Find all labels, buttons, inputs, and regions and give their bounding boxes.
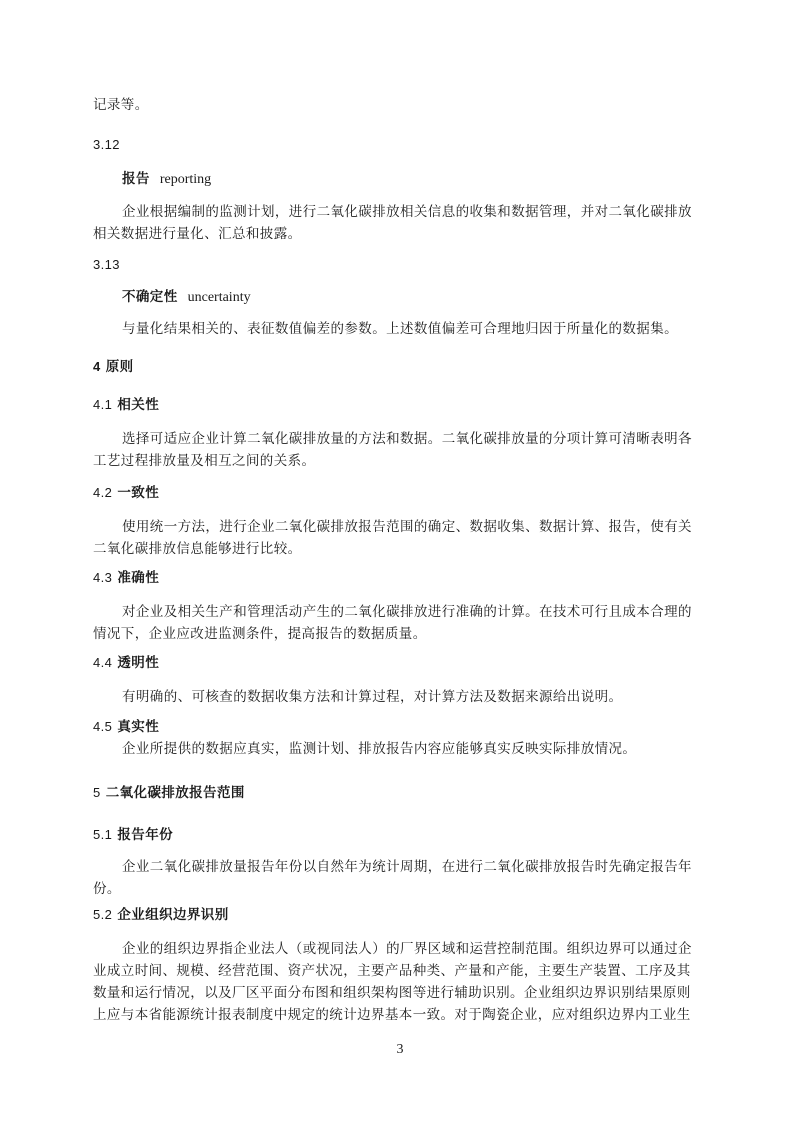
paragraph-line: 份。 [93, 880, 121, 898]
paragraph-line: 上应与本省能源统计报表制度中规定的统计边界基本一致。对于陶瓷企业，应对组织边界内… [93, 1006, 691, 1024]
paragraph-line: 业成立时间、规模、经营范围、资产状况，主要产品种类、产量和产能，主要生产装置、工… [93, 962, 691, 980]
clause-number: 3.13 [93, 256, 120, 274]
paragraph-line: 使用统一方法，进行企业二氧化碳排放报告范围的确定、数据收集、数据计算、报告，使有… [122, 518, 692, 536]
section-heading-4: 4 原则 [93, 358, 134, 376]
subsection-heading-5-1: 5.1 报告年份 [93, 826, 173, 844]
term-heading: 不确定性uncertainty [122, 288, 251, 307]
paragraph-line: 选择可适应企业计算二氧化碳排放量的方法和数据。二氧化碳排放量的分项计算可清晰表明… [122, 430, 692, 448]
paragraph-line: 工艺过程排放量及相互之间的关系。 [93, 452, 315, 470]
paragraph-line: 对企业及相关生产和管理活动产生的二氧化碳排放进行准确的计算。在技术可行且成本合理… [122, 603, 692, 621]
subsection-heading-5-2: 5.2 企业组织边界识别 [93, 906, 229, 924]
paragraph-line: 二氧化碳排放信息能够进行比较。 [93, 540, 302, 558]
paragraph-line: 记录等。 [93, 96, 149, 114]
subsection-heading-4-2: 4.2 一致性 [93, 484, 159, 502]
subsection-heading-4-5: 4.5 真实性 [93, 718, 159, 736]
subsection-heading-4-4: 4.4 透明性 [93, 654, 159, 672]
paragraph-line: 数量和运行情况，以及厂区平面分布图和组织架构图等进行辅助识别。企业组织边界识别结… [93, 984, 691, 1002]
subsection-heading-4-3: 4.3 准确性 [93, 569, 159, 587]
paragraph-line: 企业二氧化碳排放量报告年份以自然年为统计周期，在进行二氧化碳排放报告时先确定报告… [122, 858, 692, 876]
document-page: 记录等。 3.12 报告reporting 企业根据编制的监测计划，进行二氧化碳… [0, 0, 800, 1131]
clause-number: 3.12 [93, 136, 120, 154]
term-en: reporting [160, 172, 211, 187]
page-number: 3 [0, 1042, 800, 1058]
section-heading-5: 5 二氧化碳排放报告范围 [93, 784, 245, 802]
paragraph-line: 与量化结果相关的、表征数值偏差的参数。上述数值偏差可合理地归因于所量化的数据集。 [122, 320, 678, 338]
paragraph-line: 相关数据进行量化、汇总和披露。 [93, 225, 302, 243]
subsection-heading-4-1: 4.1 相关性 [93, 396, 159, 414]
paragraph-line: 有明确的、可核查的数据收集方法和计算过程，对计算方法及数据来源给出说明。 [122, 688, 622, 706]
paragraph-line: 企业根据编制的监测计划，进行二氧化碳排放相关信息的收集和数据管理，并对二氧化碳排… [122, 203, 692, 221]
paragraph-line: 情况下，企业应改进监测条件，提高报告的数据质量。 [93, 625, 427, 643]
term-en: uncertainty [188, 290, 251, 305]
paragraph-line: 企业的组织边界指企业法人（或视同法人）的厂界区域和运营控制范围。组织边界可以通过… [122, 940, 692, 958]
term-zh: 报告 [122, 171, 150, 187]
paragraph-line: 企业所提供的数据应真实，监测计划、排放报告内容应能够真实反映实际排放情况。 [122, 740, 636, 758]
term-zh: 不确定性 [122, 289, 178, 305]
term-heading: 报告reporting [122, 170, 211, 189]
